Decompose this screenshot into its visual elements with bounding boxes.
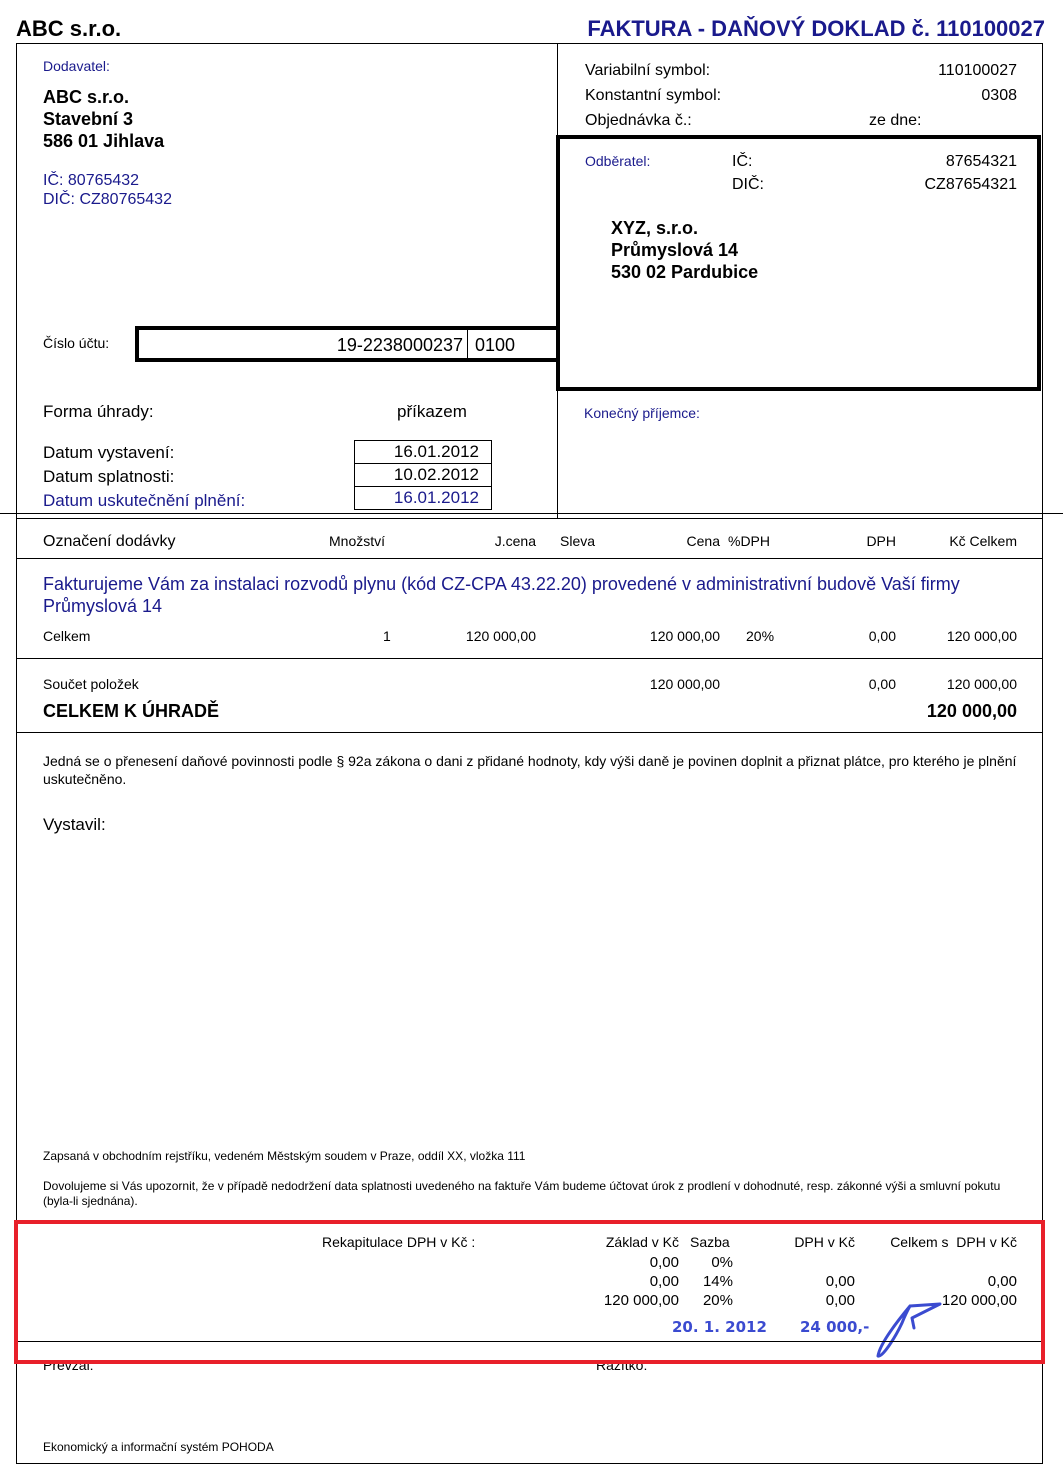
taxable-date: 16.01.2012 (355, 487, 491, 509)
col-discount: Sleva (560, 533, 595, 549)
supplier-address: ABC s.r.o. Stavební 3 586 01 Jihlava (43, 86, 164, 152)
col-vat: DPH (866, 533, 896, 549)
issue-date-label: Datum vystavení: (43, 441, 245, 465)
payment-method: příkazem (397, 402, 467, 422)
col-price: Cena (687, 533, 720, 549)
item-qty: 1 (383, 628, 391, 644)
bank-code: 0100 (475, 335, 515, 356)
header-company: ABC s.r.o. (16, 16, 121, 42)
order-date-label: ze dne: (869, 108, 921, 133)
issued-by-label: Vystavil: (43, 815, 106, 835)
variable-symbol-value: 110100027 (938, 58, 1017, 83)
grand-total: 120 000,00 (927, 701, 1017, 722)
due-date: 10.02.2012 (355, 464, 491, 487)
vat-summary-highlight (14, 1220, 1045, 1364)
item-name: Celkem (43, 628, 90, 644)
totals-divider (16, 732, 1043, 733)
supplier-name: ABC s.r.o. (43, 86, 164, 108)
sum-vat: 0,00 (869, 676, 896, 692)
due-date-label: Datum splatnosti: (43, 465, 245, 489)
sum-price: 120 000,00 (650, 676, 720, 692)
software-credit: Ekonomický a informační systém POHODA (43, 1440, 274, 1454)
customer-ic-label: IČ: (732, 153, 752, 171)
col-designation: Označení dodávky (43, 533, 176, 551)
item-unit-price: 120 000,00 (466, 628, 536, 644)
payment-method-label: Forma úhrady: (43, 402, 154, 422)
section-divider-1 (0, 513, 1063, 514)
taxable-date-label: Datum uskutečnění plnění: (43, 489, 245, 513)
customer-city: 530 02 Pardubice (611, 261, 758, 283)
col-total: Kč Celkem (949, 533, 1017, 549)
account-box: 19-2238000237 0100 (135, 326, 558, 362)
customer-label: Odběratel: (585, 153, 650, 169)
final-recipient-label: Konečný příjemce: (584, 405, 700, 421)
supplier-dic: DIČ: CZ80765432 (43, 190, 172, 209)
frame-top (16, 43, 1043, 44)
supplier-label: Dodavatel: (43, 58, 110, 74)
account-number: 19-2238000237 (337, 335, 463, 356)
item-total: 120 000,00 (947, 628, 1017, 644)
grand-total-label: CELKEM K ÚHRADĚ (43, 701, 219, 722)
supplier-street: Stavební 3 (43, 108, 164, 130)
item-vat: 0,00 (869, 628, 896, 644)
customer-box: Odběratel: IČ: 87654321 DIČ: CZ87654321 … (556, 135, 1041, 391)
order-label: Objednávka č.: (585, 112, 692, 129)
customer-name: XYZ, s.r.o. (611, 217, 758, 239)
customer-dic: CZ87654321 (924, 176, 1017, 194)
late-payment-note: Dovolujeme si Vás upozornit, že v případ… (43, 1179, 1028, 1209)
items-divider (16, 658, 1043, 659)
reverse-charge-note: Jedná se o přenesení daňové povinnosti p… (43, 752, 1023, 788)
item-price: 120 000,00 (650, 628, 720, 644)
customer-street: Průmyslová 14 (611, 239, 758, 261)
item-description: Fakturujeme Vám za instalaci rozvodů ply… (43, 573, 1023, 617)
dates-box: 16.01.2012 10.02.2012 16.01.2012 (354, 440, 492, 510)
constant-symbol-row: Konstantní symbol: 0308 (585, 83, 1017, 108)
account-label: Číslo účtu: (43, 335, 109, 351)
document-title: FAKTURA - DAŇOVÝ DOKLAD č. 110100027 (587, 16, 1045, 42)
col-unit-price: J.cena (495, 533, 536, 549)
customer-dic-label: DIČ: (732, 176, 764, 194)
col-quantity: Množství (329, 533, 385, 549)
item-vat-rate: 20% (746, 628, 774, 644)
sum-total: 120 000,00 (947, 676, 1017, 692)
issue-date: 16.01.2012 (355, 441, 491, 464)
order-row: Objednávka č.: ze dne: (585, 108, 1017, 133)
account-separator (467, 330, 468, 358)
customer-address: XYZ, s.r.o. Průmyslová 14 530 02 Pardubi… (611, 217, 758, 283)
section-divider-2 (16, 518, 1043, 519)
table-header-divider (16, 558, 1043, 559)
payment-refs: Variabilní symbol: 110100027 Konstantní … (585, 58, 1017, 133)
variable-symbol-label: Variabilní symbol: (585, 58, 710, 83)
sum-label: Součet položek (43, 676, 139, 692)
supplier-tax-ids: IČ: 80765432 DIČ: CZ80765432 (43, 171, 172, 209)
customer-ic: 87654321 (946, 153, 1017, 171)
constant-symbol-value: 0308 (981, 83, 1017, 108)
constant-symbol-label: Konstantní symbol: (585, 83, 721, 108)
frame-bottom (16, 1463, 1043, 1464)
supplier-city: 586 01 Jihlava (43, 130, 164, 152)
date-labels: Datum vystavení: Datum splatnosti: Datum… (43, 441, 245, 513)
variable-symbol-row: Variabilní symbol: 110100027 (585, 58, 1017, 83)
supplier-ic: IČ: 80765432 (43, 171, 172, 190)
registry-note: Zapsaná v obchodním rejstříku, vedeném M… (43, 1149, 525, 1163)
col-vat-rate: %DPH (728, 533, 770, 549)
